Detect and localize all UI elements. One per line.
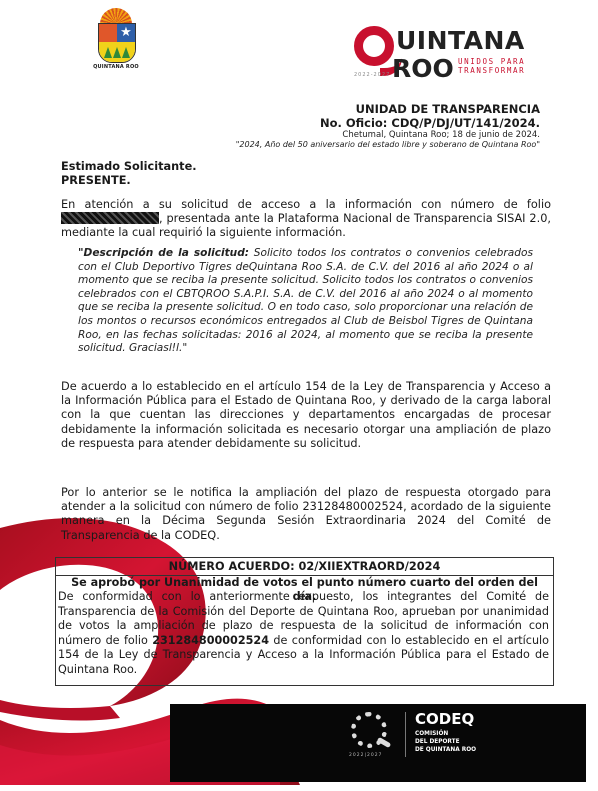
- sun-icon: [100, 8, 132, 24]
- codeq-name: CODEQ: [415, 710, 474, 728]
- request-description: "Descripción de la solicitud: Solicito t…: [78, 247, 533, 356]
- codeq-fullname: COMISIÓN DEL DEPORTE DE QUINTANA ROO: [415, 730, 476, 754]
- unit-name: UNIDAD DE TRANSPARENCIA: [236, 102, 540, 116]
- emblem-caption: QUINTANA ROO: [88, 64, 144, 70]
- agreement-number: NÚMERO ACUERDO: 02/XIIEXTRAORD/2024: [56, 560, 553, 574]
- legal-basis-paragraph: De acuerdo a lo establecido en el artícu…: [61, 380, 551, 451]
- codeq-logo: 2022|2027 CODEQ COMISIÓN DEL DEPORTE DE …: [347, 710, 547, 770]
- greeting: Estimado Solicitante. PRESENTE.: [61, 160, 197, 188]
- star-icon: ★: [117, 24, 135, 42]
- year-motto: "2024, Año del 50 aniversario del estado…: [236, 140, 540, 150]
- logo-slogan: UNIDOS PARA TRANSFORMAR: [458, 57, 525, 75]
- oficio-number: No. Oficio: CDQ/P/DJ/UT/141/2024.: [236, 116, 540, 130]
- place-date: Chetumal, Quintana Roo; 18 de junio de 2…: [236, 130, 540, 140]
- redacted-folio: [61, 212, 159, 224]
- intro-paragraph: En atención a su solicitud de acceso a l…: [61, 198, 551, 241]
- shield-icon: ★: [98, 23, 136, 63]
- quintana-roo-logo: UINTANA ROO UNIDOS PARA TRANSFORMAR 2022…: [350, 24, 528, 82]
- document-header: UNIDAD DE TRANSPARENCIA No. Oficio: CDQ/…: [236, 102, 540, 150]
- notification-paragraph: Por lo anterior se le notifica la amplia…: [61, 486, 551, 543]
- agreement-box: NÚMERO ACUERDO: 02/XIIEXTRAORD/2024 Se a…: [55, 557, 554, 686]
- agreement-body: De conformidad con lo anteriormente expu…: [58, 590, 549, 678]
- state-coat-of-arms: ★ QUINTANA ROO: [94, 8, 138, 76]
